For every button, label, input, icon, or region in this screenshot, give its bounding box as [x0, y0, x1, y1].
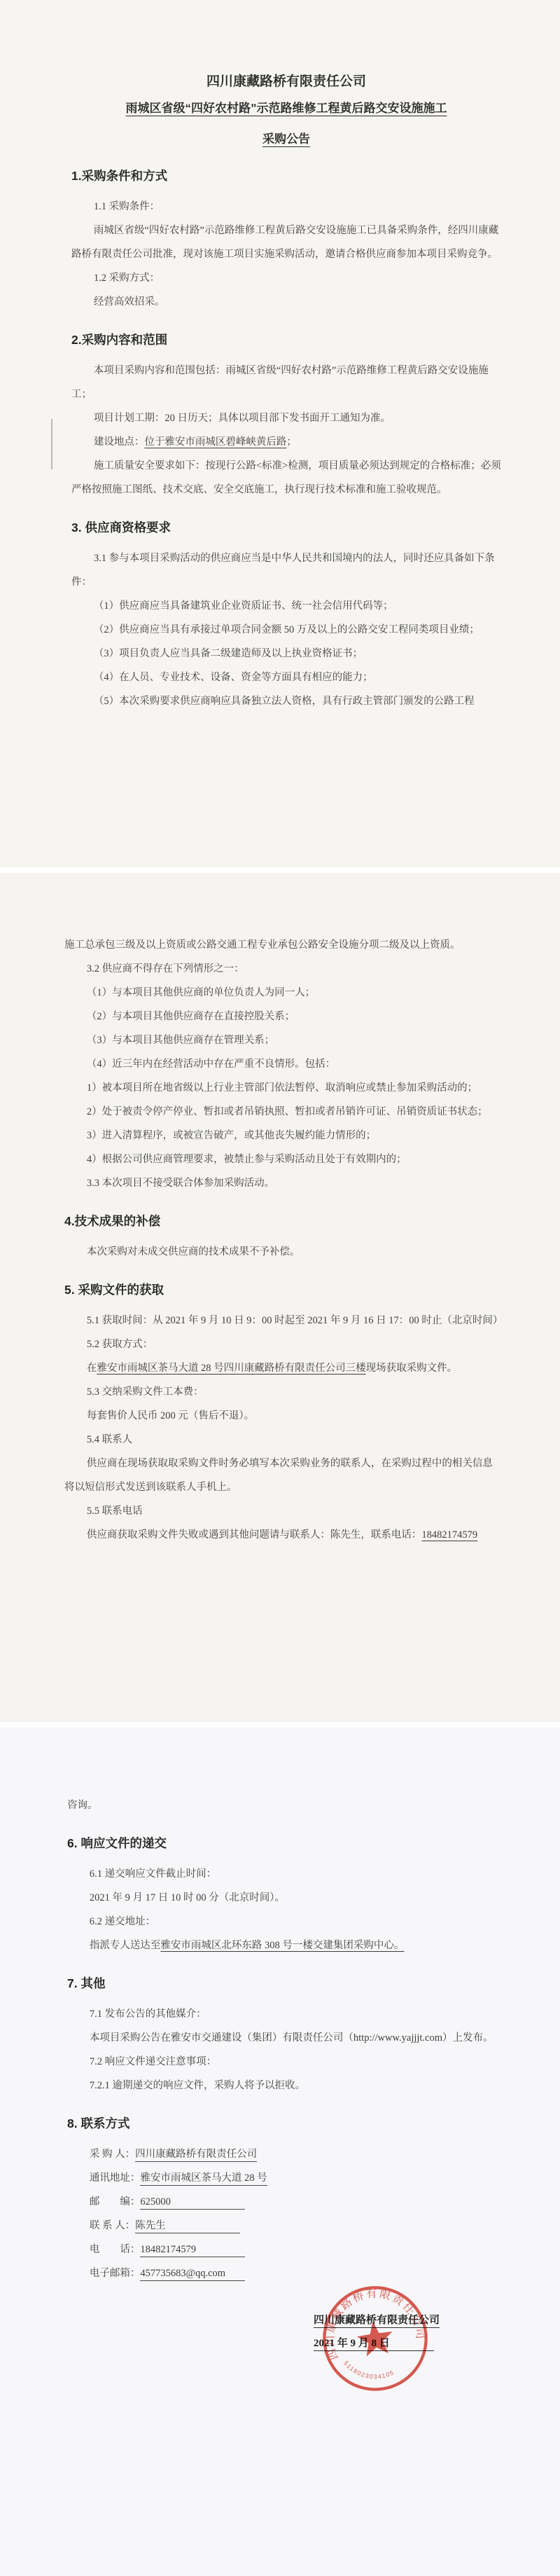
para-4-body: 本次采购对未成交供应商的技术成果不予补偿。	[64, 1240, 498, 1264]
seal-code: 5118023034105	[342, 2353, 395, 2385]
project-title: 雨城区省级“四好农村路”示范路维修工程黄后路交安设施施工	[71, 98, 501, 119]
contact-label: 邮 编：	[90, 2196, 141, 2207]
para-7-2-1: 7.2.1 逾期递交的响应文件，采购人将予以拒收。	[67, 2074, 501, 2098]
bad-record-item-1: 1）被本项目所在地省级以上行业主管部门依法暂停、取消响应或禁止参加采购活动的；	[64, 1076, 498, 1100]
seal-graphic: 四川康藏路桥有限责任公司 5118023034105	[307, 2271, 443, 2406]
contact-label: 采 购 人：	[90, 2149, 135, 2160]
para-5-1: 5.1 获取时间：从 2021 年 9 月 10 日 9：00 时起至 2021…	[64, 1309, 498, 1332]
para-consult-continued: 咨询。	[67, 1793, 501, 1817]
contact-label: 通讯地址：	[90, 2172, 141, 2184]
qualification-item-4: （4）在人员、专业技术、设备、资金等方面具有相应的能力；	[71, 666, 501, 689]
bad-record-item-4: 4）根据公司供应商管理要求，被禁止参与采购活动且处于有效期内的；	[64, 1148, 498, 1171]
company-seal: 四川康藏路桥有限责任公司 5118023034105	[307, 2271, 443, 2406]
contact-row-address: 通讯地址：雅安市雨城区茶马大道 28 号	[67, 2166, 501, 2190]
contact-value: 四川康藏路桥有限责任公司	[135, 2147, 257, 2162]
obtain-prefix: 在	[87, 1363, 97, 1374]
prohibited-item-3: （3）与本项目其他供应商存在管理关系；	[64, 1028, 498, 1052]
bad-record-item-3: 3）进入清算程序，或被宣告破产，或其他丧失履约能力情形的；	[64, 1124, 498, 1148]
location-label: 建设地点：	[94, 436, 145, 448]
delivery-address: 雅安市雨城区北环东路 308 号一楼交建集团采购中心。	[160, 1940, 404, 1951]
bad-record-item-2: 2）处于被责令停产停业、暂扣或者吊销执照、暂扣或者吊销许可证、吊销资质证书状态；	[64, 1100, 498, 1124]
para-2-schedule: 项目计划工期：20 日历天；具体以项目部下发书面开工通知为准。	[71, 406, 501, 430]
para-7-1: 7.1 发布公告的其他媒介：	[67, 2002, 501, 2026]
contact-row-buyer: 采 购 人：四川康藏路桥有限责任公司	[67, 2142, 501, 2166]
para-5-4: 5.4 联系人	[64, 1428, 498, 1452]
para-1-1: 1.1 采购条件：	[71, 195, 501, 219]
para-7-2: 7.2 响应文件递交注意事项：	[67, 2050, 501, 2074]
contact-value: 457735683@qq.com	[140, 2266, 245, 2281]
section-3-heading: 3. 供应商资格要求	[71, 518, 501, 537]
para-1-2-body: 经营高效招采。	[71, 290, 501, 314]
para-5-4-body: 供应商在现场获取取采购文件时务必填写本次采购业务的联系人，在采购过程中的相关信息…	[64, 1452, 498, 1499]
section-1-heading: 1.采购条件和方式	[71, 167, 501, 185]
qualification-item-1: （1）供应商应当具备建筑业企业资质证书、统一社会信用代码等；	[71, 594, 501, 618]
obtain-address: 雅安市雨城区茶马大道 28 号四川康藏路桥有限责任公司三楼	[97, 1363, 365, 1374]
prohibited-item-4: （4）近三年内在经营活动中存在严重不良情形。包括：	[64, 1052, 498, 1076]
contact-value: 陈先生	[135, 2219, 240, 2233]
section-5-heading: 5. 采购文件的获取	[64, 1281, 498, 1299]
para-5-3: 5.3 交纳采购文件工本费：	[64, 1380, 498, 1404]
contact-row-phone: 电 话：18482174579	[67, 2238, 501, 2261]
para-6-1-deadline: 2021 年 9 月 17 日 10 时 00 分（北京时间）。	[67, 1886, 501, 1910]
para-5-2: 5.2 获取方式：	[64, 1332, 498, 1356]
para-1-1-body: 雨城区省级“四好农村路”示范路维修工程黄后路交安设施施工已具备采购条件，经四川康…	[71, 219, 501, 266]
para-3-3: 3.3 本次项目不接受联合体参加采购活动。	[64, 1171, 498, 1195]
contact-value: 雅安市雨城区茶马大道 28 号	[140, 2171, 267, 2186]
document-page-2: 施工总承包三级及以上资质或公路交通工程专业承包公路安全设施分项二级及以上资质。 …	[0, 873, 560, 1722]
location-address: 位于雅安市雨城区碧峰峡黄后路	[144, 436, 286, 448]
qualification-item-5: （5）本次采购要求供应商响应具备独立法人资格，具有行政主管部门颁发的公路工程	[71, 689, 501, 713]
contact-row-person: 联 系 人：陈先生	[67, 2214, 501, 2238]
contact-label: 电子邮箱：	[90, 2268, 141, 2279]
contact-row-postcode: 邮 编：625000	[67, 2190, 501, 2214]
qualification-item-5-continued: 施工总承包三级及以上资质或公路交通工程专业承包公路安全设施分项二级及以上资质。	[64, 933, 498, 957]
section-4-heading: 4.技术成果的补偿	[64, 1212, 498, 1230]
prohibited-item-1: （1）与本项目其他供应商的单位负责人为同一人；	[64, 981, 498, 1005]
para-2-quality: 施工质量安全要求如下：按现行公路<标准>检测，项目质量必须达到规定的合格标准；必…	[71, 454, 501, 502]
seal-star-icon	[355, 2319, 395, 2357]
para-3-2: 3.2 供应商不得存在下列情形之一：	[64, 957, 498, 981]
page-separator-2	[0, 1722, 560, 1728]
company-title: 四川康藏路桥有限责任公司	[71, 71, 501, 92]
obtain-suffix: 现场获取采购文件。	[366, 1363, 458, 1374]
svg-text:5118023034105: 5118023034105	[342, 2353, 395, 2385]
notice-type-title: 采购公告	[71, 129, 501, 150]
section-8-heading: 8. 联系方式	[67, 2114, 501, 2133]
para-6-2-address: 指派专人送达至雅安市雨城区北环东路 308 号一楼交建集团采购中心。	[67, 1934, 501, 1957]
location-suffix: ；	[286, 436, 297, 448]
section-6-heading: 6. 响应文件的递交	[67, 1834, 501, 1852]
para-3-1: 3.1 参与本项目采购活动的供应商应当是中华人民共和国境内的法人，同时还应具备如…	[71, 546, 501, 594]
contact-help-phone: 18482174579	[421, 1529, 477, 1541]
scan-artifact-line	[51, 419, 52, 469]
contact-value: 625000	[140, 2195, 245, 2210]
document-page-1: 四川康藏路桥有限责任公司 雨城区省级“四好农村路”示范路维修工程黄后路交安设施施…	[0, 0, 560, 867]
para-5-2-address: 在雅安市雨城区茶马大道 28 号四川康藏路桥有限责任公司三楼现场获取采购文件。	[64, 1356, 498, 1380]
para-5-5-contact: 供应商获取采购文件失败或遇到其他问题请与联系人：陈先生，联系电话：1848217…	[64, 1523, 498, 1547]
contact-label: 联 系 人：	[90, 2220, 135, 2231]
para-1-2: 1.2 采购方式：	[71, 266, 501, 290]
section-7-heading: 7. 其他	[67, 1974, 501, 1992]
para-6-2: 6.2 递交地址：	[67, 1910, 501, 1934]
contact-label: 电 话：	[90, 2244, 141, 2255]
delivery-prefix: 指派专人送达至	[90, 1940, 161, 1951]
contact-row-email: 电子邮箱：457735683@qq.com	[67, 2261, 501, 2285]
para-5-3-price: 每套售价人民币 200 元（售后不退）。	[64, 1404, 498, 1428]
para-2-location: 建设地点：位于雅安市雨城区碧峰峡黄后路；	[71, 430, 501, 454]
qualification-item-2: （2）供应商应当具有承接过单项合同金额 50 万及以上的公路交安工程同类项目业绩…	[71, 618, 501, 642]
prohibited-item-2: （2）与本项目其他供应商存在直接控股关系；	[64, 1005, 498, 1028]
section-2-heading: 2.采购内容和范围	[71, 331, 501, 349]
contact-value: 18482174579	[140, 2243, 245, 2257]
para-6-1: 6.1 递交响应文件截止时间：	[67, 1862, 501, 1886]
para-5-5: 5.5 联系电话	[64, 1499, 498, 1523]
page-separator-1	[0, 867, 560, 873]
contact-help-text: 供应商获取采购文件失败或遇到其他问题请与联系人：陈先生，联系电话：	[87, 1529, 422, 1541]
para-7-1-body: 本项目采购公告在雅安市交通建设（集团）有限责任公司（http://www.yaj…	[67, 2026, 501, 2050]
para-2-scope: 本项目采购内容和范围包括：雨城区省级“四好农村路”示范路维修工程黄后路交安设施施…	[71, 359, 501, 406]
qualification-item-3: （3）项目负责人应当具备二级建造师及以上执业资格证书；	[71, 642, 501, 666]
document-page-3: 咨询。 6. 响应文件的递交 6.1 递交响应文件截止时间： 2021 年 9 …	[0, 1728, 560, 2576]
